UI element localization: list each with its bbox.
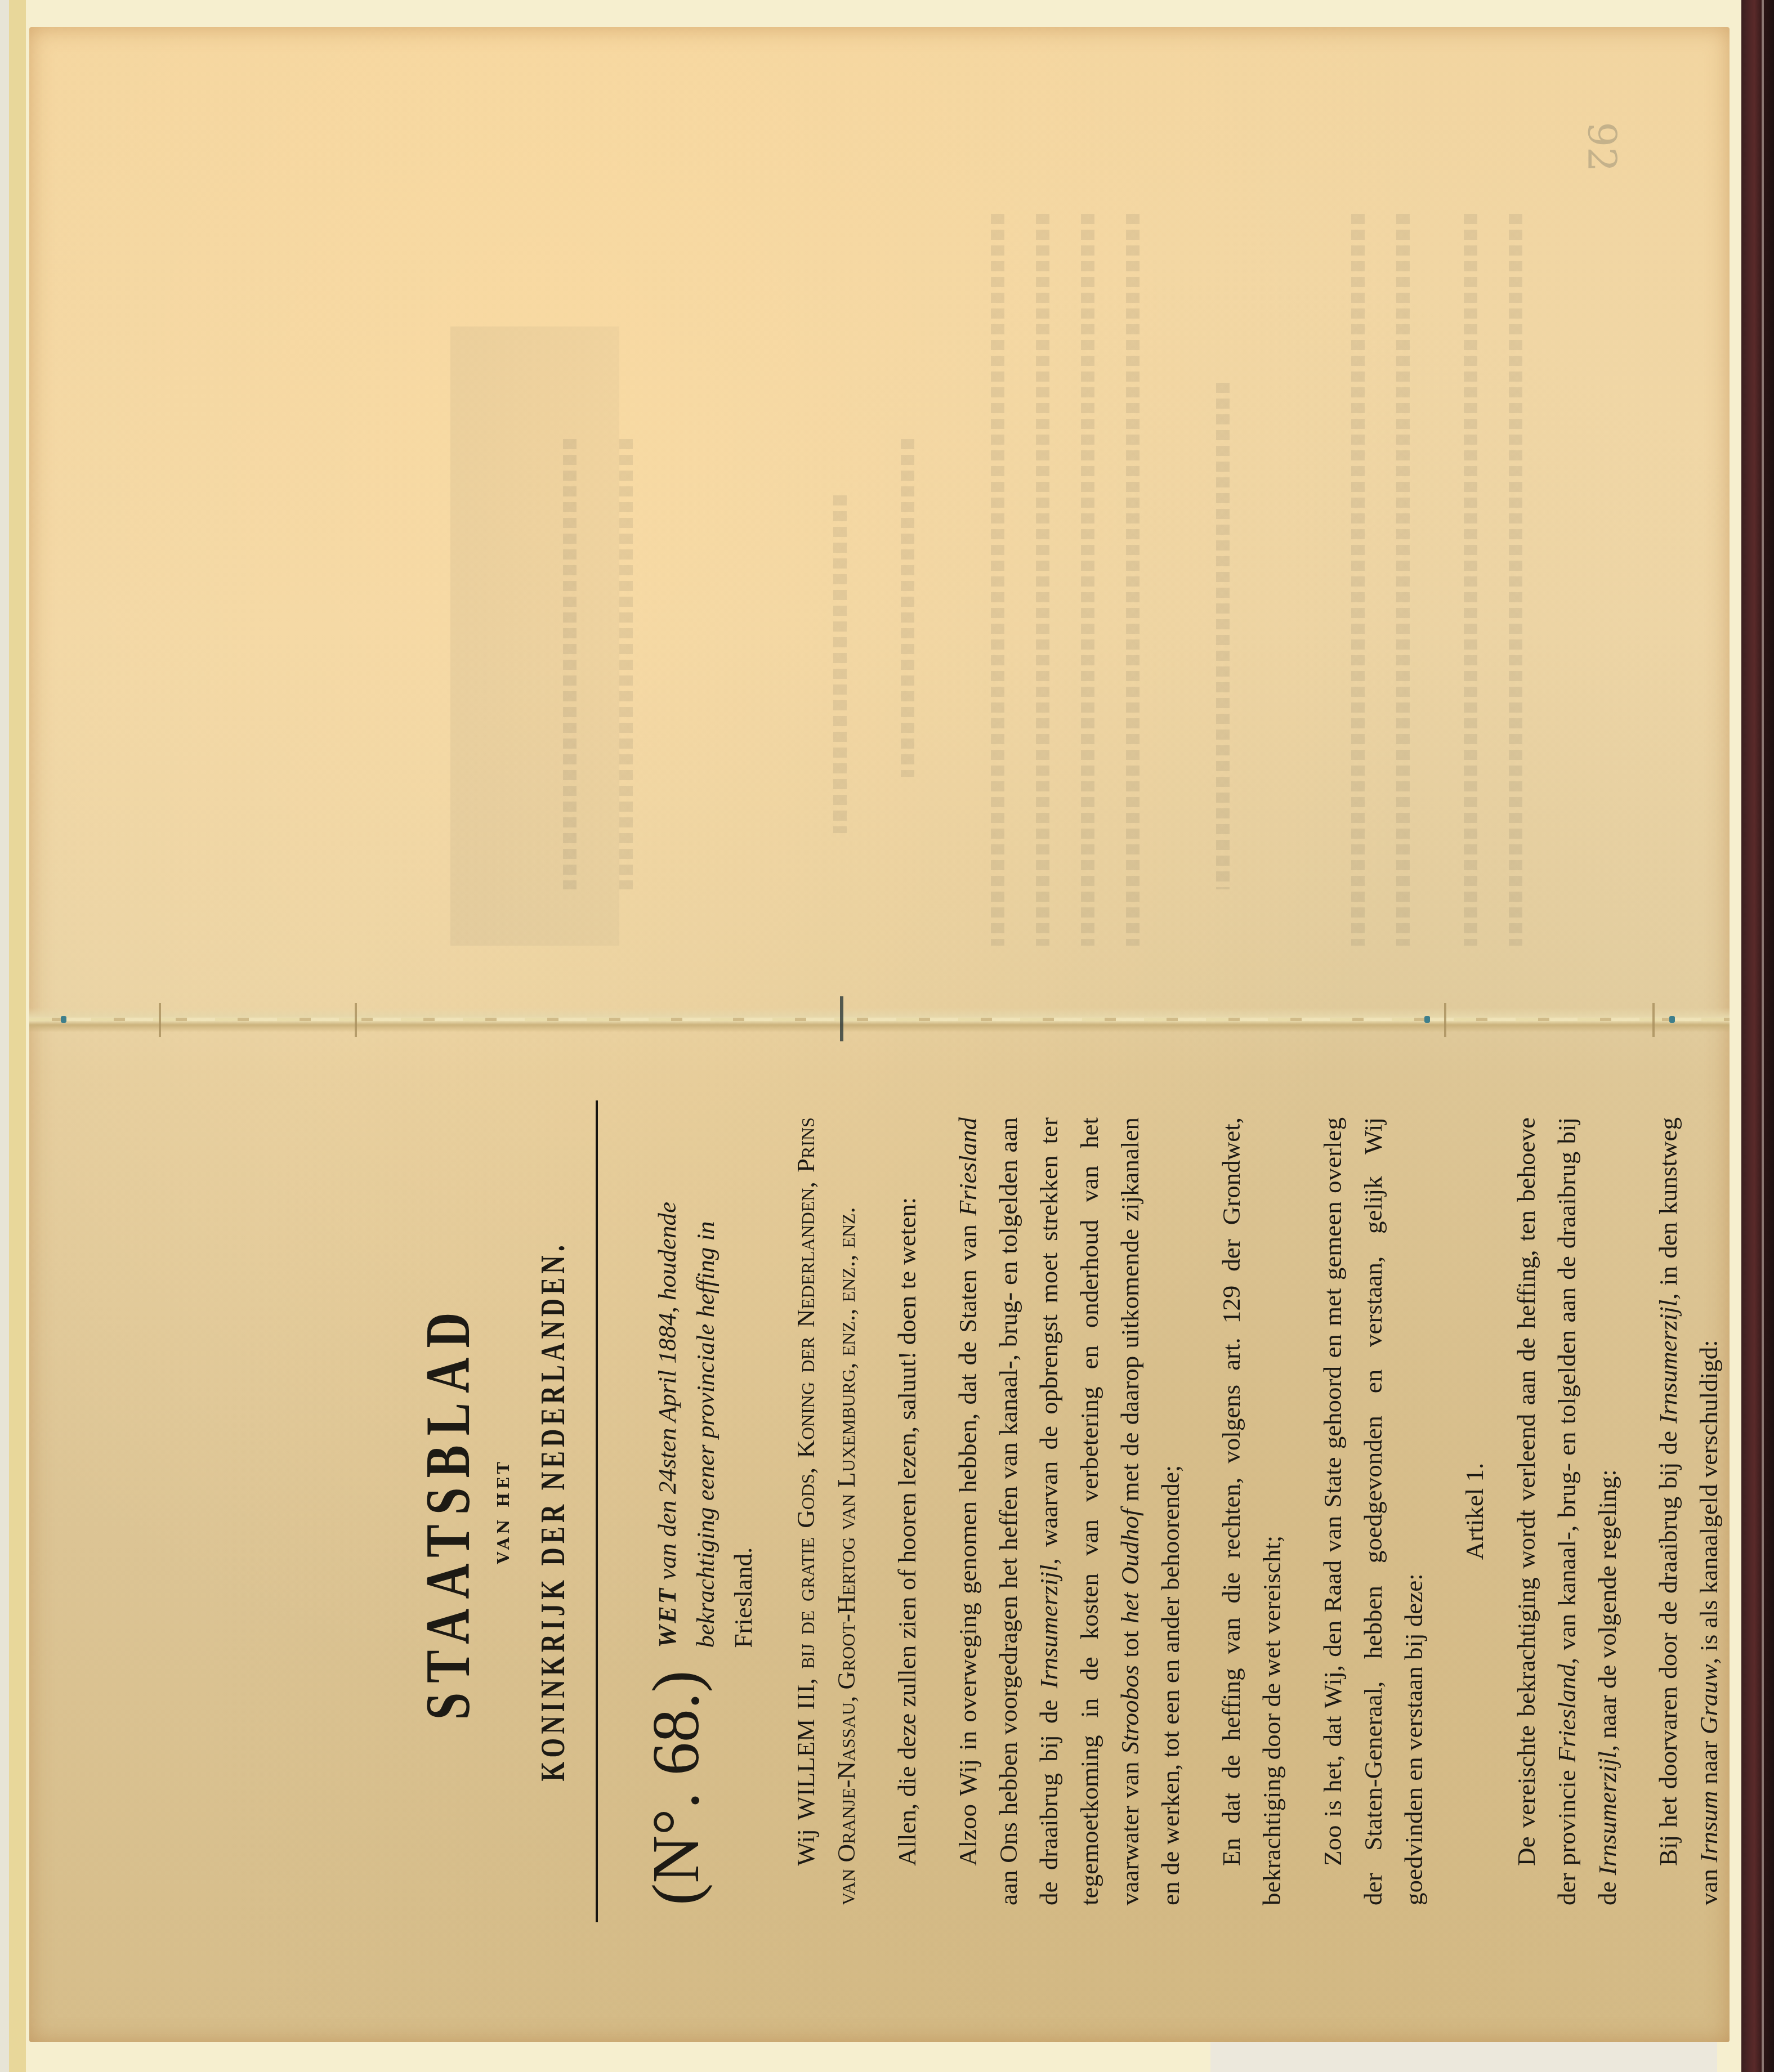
- law-houdende: houdende: [653, 1202, 681, 1300]
- ghost-text-column: [619, 439, 633, 889]
- masthead: STAATSBLAD VAN HET KONINKRIJK DER NEDERL…: [394, 1033, 598, 1990]
- text-run: Bij het doorvaren door de draaibrug bij …: [1654, 1424, 1682, 1866]
- constitution-paragraph: En dat de heffing van die rechten, volge…: [1211, 1117, 1292, 1905]
- article-1-paragraph: De vereischte bekrachtiging wordt verlee…: [1506, 1117, 1628, 1905]
- place-irnsum: Irnsum: [1695, 1791, 1723, 1863]
- stitch-knot: [1424, 1016, 1430, 1023]
- ghost-text-column: [1509, 214, 1522, 946]
- ghost-text-column: [1464, 214, 1477, 946]
- article-1-toll-paragraph: Bij het doorvaren door de draaibrug bij …: [1648, 1117, 1729, 1905]
- stitch-mark: [1444, 1003, 1446, 1037]
- place-irnsumerzijl: Irnsumerzijl: [1654, 1300, 1682, 1424]
- ghost-text-column: [991, 214, 1004, 946]
- place-irnsumerzijl: Irnsumerzijl: [1035, 1564, 1063, 1688]
- ghost-text-column: [1036, 214, 1049, 946]
- backing-sheet: [1210, 2040, 1717, 2072]
- law-number: (N°. 68.): [643, 1671, 709, 1906]
- document-body: (N°. 68.) WET van den 24sten April 1884,…: [598, 1033, 1729, 1990]
- scanner-edge: [0, 0, 9, 2072]
- law-heading: (N°. 68.) WET van den 24sten April 1884,…: [643, 1117, 763, 1905]
- place-irnsumerzijl: Irnsumerzijl: [1593, 1751, 1621, 1875]
- place-friesland: Friesland: [954, 1117, 982, 1216]
- printed-page: STAATSBLAD VAN HET KONINKRIJK DER NEDERL…: [394, 1033, 1655, 1990]
- ghost-text-column: [901, 439, 914, 777]
- facing-page-bleedthrough: 92: [56, 45, 1689, 1002]
- place-stroobos: Stroobos: [1116, 1665, 1144, 1754]
- law-description: WET van den 24sten April 1884, houdende …: [643, 1117, 763, 1648]
- place-grauw: Grauw: [1695, 1664, 1723, 1734]
- stitch-mark: [159, 1003, 161, 1037]
- binding-thread: [29, 1018, 1730, 1021]
- stitch-mark: [1652, 1003, 1655, 1037]
- text-run: Alzoo Wij in overweging genomen hebben, …: [954, 1216, 982, 1866]
- place-friesland: Friesland: [1553, 1664, 1581, 1762]
- stitch-knot: [61, 1016, 66, 1023]
- publication-subtitle: VAN HET: [494, 1033, 513, 1990]
- ghost-title-block: [450, 326, 619, 946]
- ghost-page-number: 92: [1579, 122, 1625, 172]
- ghost-text-column: [1081, 214, 1094, 946]
- text-run: tot: [1116, 1623, 1144, 1665]
- text-run: , is als kanaalgeld verschuldigd:: [1695, 1340, 1723, 1664]
- law-type: WET: [653, 1586, 681, 1648]
- law-subject-place: Friesland.: [729, 1547, 757, 1648]
- king-name: Wij WILLEM III,: [792, 1669, 820, 1866]
- law-title-pre: van den: [653, 1494, 681, 1586]
- stitch-mark: [355, 1003, 357, 1037]
- stitch-knot: [1669, 1016, 1675, 1023]
- kingdom-heading: KONINKRIJK DER NEDERLANDEN.: [533, 1241, 573, 1782]
- ghost-text-column: [1351, 214, 1365, 946]
- book-binding: [1741, 0, 1774, 2072]
- enactment-paragraph: Zoo is het, dat Wij, den Raad van State …: [1312, 1117, 1434, 1905]
- ghost-text-column: [1126, 214, 1140, 946]
- ghost-text-column: [1396, 214, 1410, 946]
- law-title-sep: ,: [653, 1300, 681, 1313]
- law-subject: bekrachtiging eener provinciale heffing …: [691, 1221, 720, 1648]
- binding-highlight: [1762, 0, 1764, 2072]
- preamble-paragraph: Wij WILLEM III, bij de gratie Gods, Koni…: [785, 1117, 866, 1905]
- article-heading: Artikel 1.: [1454, 1117, 1495, 1905]
- printed-page-container: STAATSBLAD VAN HET KONINKRIJK DER NEDERL…: [394, 1033, 1655, 1990]
- salutation-paragraph: Allen, die deze zullen zien of hooren le…: [887, 1117, 927, 1905]
- considerations-paragraph: Alzoo Wij in overweging genomen hebben, …: [948, 1117, 1191, 1905]
- ghost-text-column: [833, 495, 847, 833]
- paper-tab-strip: [9, 0, 26, 2072]
- text-run: , naar de volgende regeling:: [1593, 1469, 1621, 1751]
- publication-title: STAATSBLAD: [417, 1303, 480, 1720]
- law-date: 24sten April 1884: [653, 1313, 681, 1494]
- place-oudhof: het Oudhof: [1116, 1509, 1144, 1623]
- text-run: naar: [1695, 1734, 1723, 1791]
- ghost-text-column: [1216, 383, 1230, 889]
